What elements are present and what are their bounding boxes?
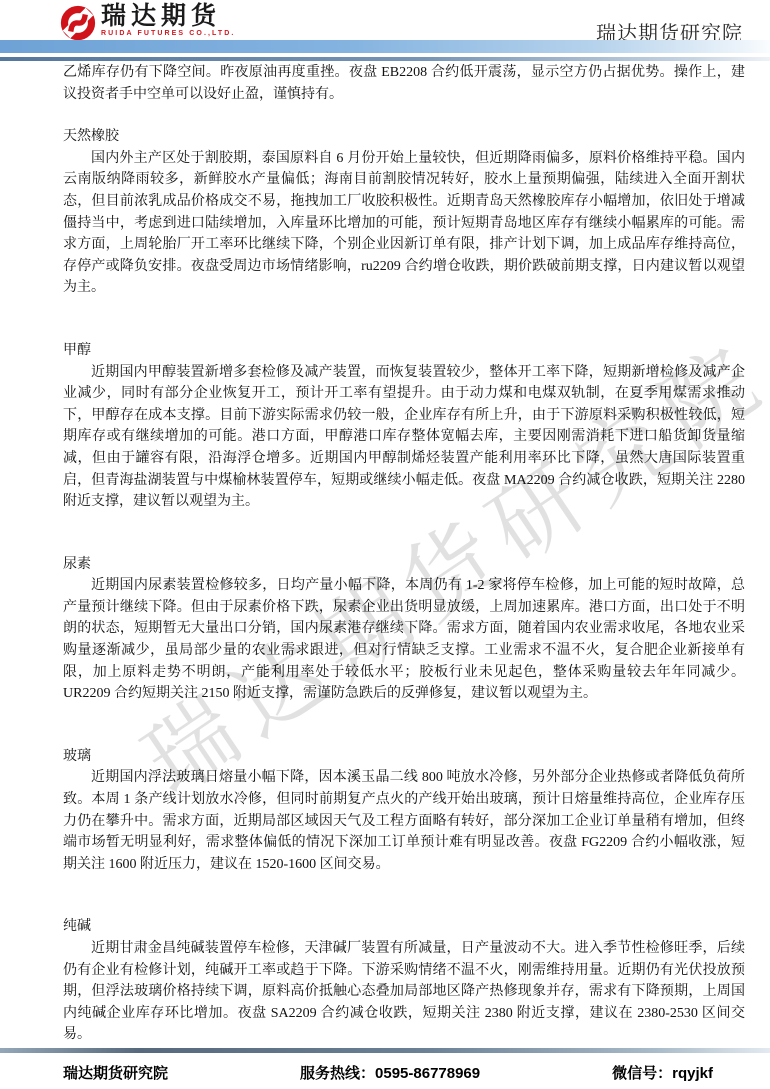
section-text: 近期国内甲醇装置新增多套检修及减产装置，而恢复装置较少，整体开工率下降，短期新增… <box>63 362 745 513</box>
footer-hotline: 服务热线：0595-86778969 <box>300 1062 480 1083</box>
report-page: 瑞达期货 RUIDA FUTURES CO.,LTD. 瑞达期货研究院 瑞达期货… <box>0 0 770 1089</box>
section-text: 国内外主产区处于割胶期，泰国原料自 6 月份开始上量较快，但近期降雨偏多，原料价… <box>63 148 745 299</box>
footer-hotline-label: 服务热线： <box>300 1065 375 1082</box>
section-glass: 玻璃 近期国内浮法玻璃日熔量小幅下降，因本溪玉晶二线 800 吨放水冷修，另外部… <box>63 746 745 876</box>
section-text: 近期国内尿素装置检修较多，日均产量小幅下降，本周仍有 1-2 家将停车检修，加上… <box>63 575 745 705</box>
company-logo: 瑞达期货 RUIDA FUTURES CO.,LTD. <box>60 3 235 41</box>
ruida-logo-icon <box>60 5 96 41</box>
section-title: 天然橡胶 <box>63 126 745 148</box>
intro-paragraph: 乙烯库存仍有下降空间。昨夜原油再度重挫。夜盘 EB2208 合约低开震荡，显示空… <box>63 62 745 105</box>
section-text: 近期甘肃金昌纯碱装置停车检修，天津碱厂装置有所减量，日产量波动不大。进入季节性检… <box>63 938 745 1046</box>
report-body: 乙烯库存仍有下降空间。昨夜原油再度重挫。夜盘 EB2208 合约低开震荡，显示空… <box>63 62 745 1046</box>
section-title: 尿素 <box>63 554 745 576</box>
section-title: 玻璃 <box>63 746 745 768</box>
section-natural-rubber: 天然橡胶 国内外主产区处于割胶期，泰国原料自 6 月份开始上量较快，但近期降雨偏… <box>63 126 745 299</box>
section-title: 纯碱 <box>63 916 745 938</box>
section-methanol: 甲醇 近期国内甲醇装置新增多套检修及减产装置，而恢复装置较少，整体开工率下降，短… <box>63 340 745 513</box>
page-footer: 瑞达期货研究院 服务热线：0595-86778969 微信号：rqyjkf <box>63 1062 713 1083</box>
footer-hotline-number: 0595-86778969 <box>375 1065 480 1082</box>
logo-text: 瑞达期货 RUIDA FUTURES CO.,LTD. <box>101 3 235 37</box>
section-text: 近期国内浮法玻璃日熔量小幅下降，因本溪玉晶二线 800 吨放水冷修，另外部分企业… <box>63 767 745 875</box>
section-title: 甲醇 <box>63 340 745 362</box>
footer-wechat-label: 微信号： <box>612 1065 672 1082</box>
footer-wechat-id: rqyjkf <box>672 1065 713 1082</box>
page-header: 瑞达期货 RUIDA FUTURES CO.,LTD. 瑞达期货研究院 <box>0 0 770 62</box>
footer-gradient-bar <box>0 1048 770 1053</box>
brand-name-cn: 瑞达期货 <box>101 3 235 29</box>
brand-name-en: RUIDA FUTURES CO.,LTD. <box>101 30 235 37</box>
section-soda-ash: 纯碱 近期甘肃金昌纯碱装置停车检修，天津碱厂装置有所减量，日产量波动不大。进入季… <box>63 916 745 1046</box>
header-gradient-bar <box>0 40 770 53</box>
footer-org: 瑞达期货研究院 <box>63 1062 168 1083</box>
section-urea: 尿素 近期国内尿素装置检修较多，日均产量小幅下降，本周仍有 1-2 家将停车检修… <box>63 554 745 705</box>
header-divider-line <box>0 57 770 61</box>
footer-wechat: 微信号：rqyjkf <box>612 1062 713 1083</box>
